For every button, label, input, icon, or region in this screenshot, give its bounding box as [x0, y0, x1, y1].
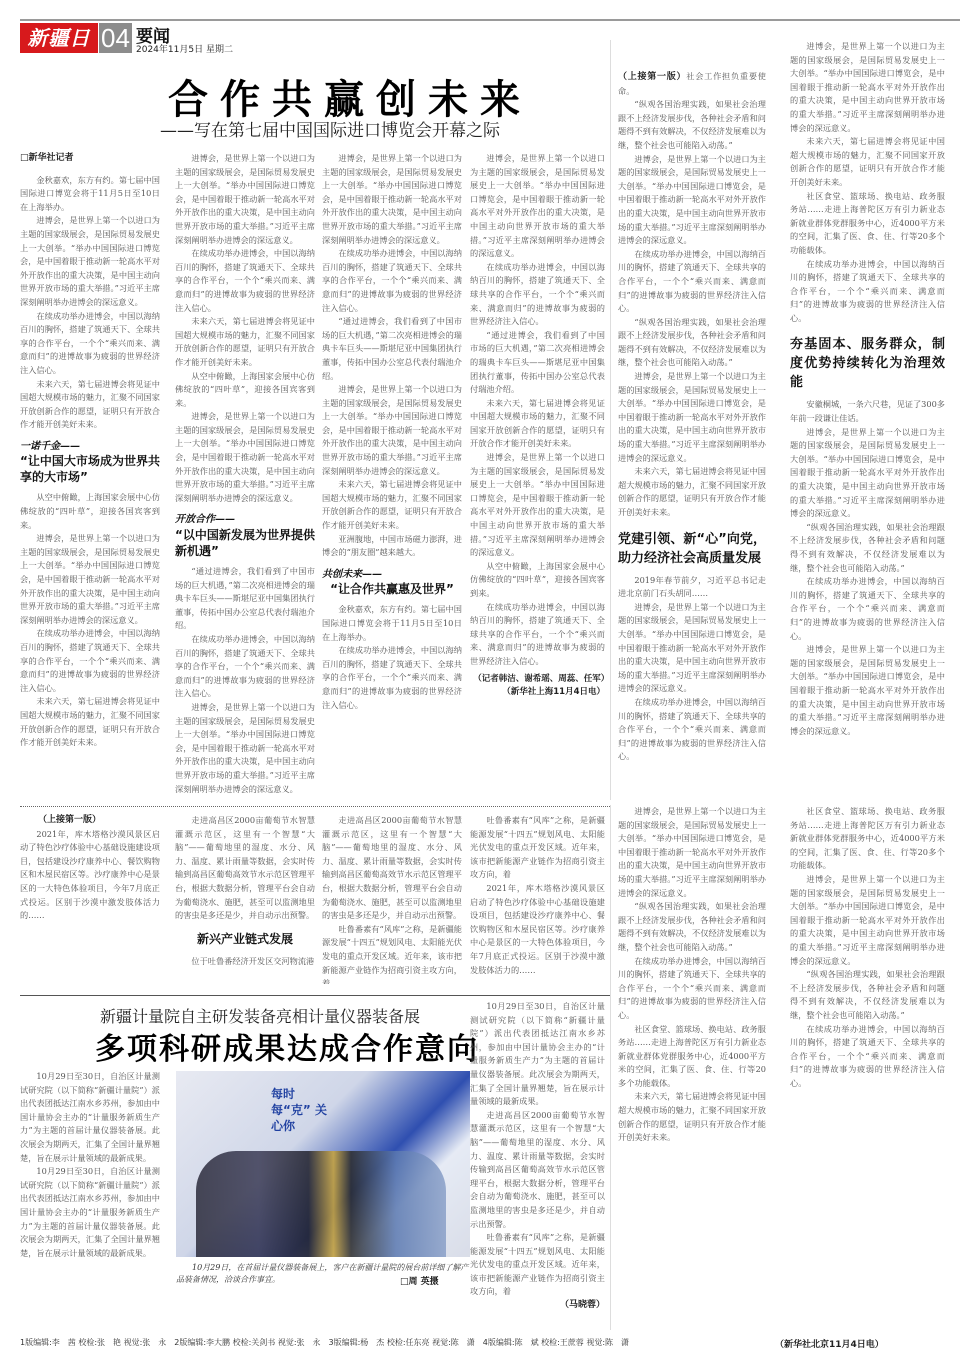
paragraph: 亚洲腹地，中国市场磁力澎湃，进博会的“朋友圈”越来越大。	[322, 533, 462, 560]
paragraph: 进博会，是世界上第一个以进口为主题的国家级展会，是国际贸易发展史上一大创举。“举…	[322, 152, 462, 247]
paragraph: 进博会，是世界上第一个以进口为主题的国家级展会，是国际贸易发展史上一大创举。“举…	[470, 451, 605, 560]
column-divider	[610, 40, 611, 800]
lower-article-col4: 吐鲁番素有“风库”之称，是新疆能源发展“十四五”规划风电、太阳能光伏发电的重点开…	[470, 814, 605, 984]
continued-label: （上接第一版）	[618, 72, 686, 82]
section1-title: “让中国大市场成为世界共享的大市场”	[20, 453, 160, 485]
byline: □新华社记者	[20, 152, 160, 166]
paragraph: “纵观各国治理实践，如果社会治理跟不上经济发展步伐，各种社会矛盾和问题得不到有效…	[618, 900, 766, 954]
right-article-col2-lower: 社区食堂、篮球场、换电站、政务服务站……走进上海普陀区万有引力新业态新就业群体党…	[790, 805, 945, 1330]
paragraph: 从空中俯瞰，上海国家会展中心仿佛绽放的“四叶草”，迎接各国宾客到来。	[175, 370, 315, 411]
main-subheadline: ——写在第七届中国国际进口博览会开幕之际	[160, 116, 500, 141]
paragraph: 从空中俯瞰，上海国家会展中心仿佛绽放的“四叶草”，迎接各国宾客到来。	[20, 491, 160, 532]
paragraph: 进博会，是世界上第一个以进口为主题的国家级展会，是国际贸易发展史上一大创举。“举…	[790, 873, 945, 968]
masthead-top-rule	[20, 19, 960, 21]
paragraph: 未来六天，第七届进博会将见证中国超大规模市场的魅力，汇聚不同国家开放创新合作的愿…	[20, 378, 160, 432]
paragraph: 位于吐鲁番经济开发区交河物流港	[175, 955, 315, 969]
paragraph: 进博会，是世界上第一个以进口为主题的国家级展会，是国际贸易发展史上一大创举。“举…	[790, 40, 945, 135]
paragraph: 在续成功举办进博会，中国以海纳百川的胸怀，搭建了筑通天下、全球共享的合作平台，一…	[618, 955, 766, 1023]
paragraph: 在续成功举办进博会，中国以海纳百川的胸怀，搭建了筑通天下、全球共享的合作平台，一…	[322, 247, 462, 315]
dateline: （记者韩洁、谢希瑶、周蕊、任军）（新华社上海11月4日电）	[470, 673, 605, 699]
main-article-col3: 进博会，是世界上第一个以进口为主题的国家级展会，是国际贸易发展史上一大创举。“举…	[322, 152, 462, 797]
bottom-byline: （马晓蓉）	[470, 1299, 605, 1313]
paragraph: 未来六天，第七届进博会将见证中国超大规模市场的魅力，汇聚不同国家开放创新合作的愿…	[470, 397, 605, 451]
page-number: 04	[99, 23, 132, 53]
lower-article-col3: 走进高昌区2000亩葡萄节水智慧灌溉示范区，这里有一个智慧“大脑”——葡萄地里的…	[322, 814, 462, 984]
bottom-headline: 多项科研成果达成合作意向	[95, 1024, 479, 1068]
paragraph: 2021年，库木塔格沙漠风景区启动了特色沙疗体验中心基础设施建设项目，包括建设沙…	[20, 828, 160, 923]
paragraph: 在续成功举办进博会，中国以海纳百川的胸怀，搭建了筑通天下、全球共享的合作平台，一…	[322, 644, 462, 712]
paragraph: 进博会，是世界上第一个以进口为主题的国家级展会，是国际贸易发展史上一大创举。“举…	[618, 370, 766, 465]
paragraph: 进博会，是世界上第一个以进口为主题的国家级展会，是国际贸易发展史上一大创举。“举…	[790, 643, 945, 738]
paragraph: 10月29日至30日，自治区计量测试研究院（以下简称“新疆计量院”）派出代表团抵…	[470, 1000, 605, 1109]
right-article-col1-lower: 进博会，是世界上第一个以进口为主题的国家级展会，是国际贸易发展史上一大创举。“举…	[618, 805, 766, 1330]
paragraph: “纵观各国治理实践，如果社会治理跟不上经济发展步伐，各种社会矛盾和问题得不到有效…	[618, 98, 766, 152]
column-divider	[610, 805, 611, 1330]
paragraph: 未来六天，第七届进博会将见证中国超大规模市场的魅力，汇聚不同国家开放创新合作的愿…	[175, 315, 315, 369]
main-article-col2: 进博会，是世界上第一个以进口为主题的国家级展会，是国际贸易发展史上一大创举。“举…	[175, 152, 315, 797]
paragraph: 10月29日至30日，自治区计量测试研究院（以下简称“新疆计量院”）派出代表团抵…	[20, 1070, 160, 1165]
paragraph: 进博会，是世界上第一个以进口为主题的国家级展会，是国际贸易发展史上一大创举。“举…	[20, 214, 160, 309]
paragraph: 在续成功举办进博会，中国以海纳百川的胸怀，搭建了筑通天下、全球共享的合作平台，一…	[790, 258, 945, 326]
section2-title: “以中国新发展为世界提供新机遇”	[175, 527, 315, 559]
paragraph: 2021年，库木塔格沙漠风景区启动了特色沙疗体验中心基础设施建设项目，包括建设沙…	[470, 882, 605, 977]
bottom-article-col4: 10月29日至30日，自治区计量测试研究院（以下简称“新疆计量院”）派出代表团抵…	[470, 1000, 605, 1330]
paragraph: “通过进博会，我们看到了中国市场的巨大机遇，”第二次亮相进博会的瑞典卡车巨头——…	[322, 315, 462, 383]
paragraph: 社区食堂、篮球场、换电站、政务服务站……走进上海普陀区万有引力新业态新就业群体党…	[618, 1023, 766, 1091]
bottom-article-col1: 10月29日至30日，自治区计量测试研究院（以下简称“新疆计量院”）派出代表团抵…	[20, 1070, 160, 1330]
footer-dateline: （新华社北京11月4日电）	[775, 1337, 884, 1350]
photo-credit: □周 英摄	[400, 1274, 439, 1287]
right-subtitle2: 夯基固本、服务群众，制度优势持续转化为治理效能	[790, 335, 945, 392]
paragraph: （上接第一版）社会工作担负重要使命。	[618, 70, 766, 98]
section-divider	[20, 806, 610, 807]
section1-heading: 一诺千金—— “让中国大市场成为世界共享的大市场”	[20, 440, 160, 486]
bottom-section-rule	[20, 995, 610, 996]
paragraph: 未来六天，第七届进博会将见证中国超大规模市场的魅力，汇聚不同国家开放创新合作的愿…	[790, 135, 945, 189]
paragraph: 在续成功举办进博会，中国以海纳百川的胸怀，搭建了筑通天下、全球共享的合作平台，一…	[470, 601, 605, 669]
paragraph: 进博会，是世界上第一个以进口为主题的国家级展会，是国际贸易发展史上一大创举。“举…	[618, 601, 766, 696]
photo-people	[196, 1151, 446, 1257]
paragraph: 进博会，是世界上第一个以进口为主题的国家级展会，是国际贸易发展史上一大创举。“举…	[175, 152, 315, 247]
paragraph: 金秋嘉欢，东方有约。第七届中国国际进口博览会将于11月5日至10日在上海举办。	[20, 174, 160, 215]
paragraph: 走进高昌区2000亩葡萄节水智慧灌溉示范区，这里有一个智慧“大脑”——葡萄地里的…	[470, 1109, 605, 1231]
paragraph: 在续成功举办进博会，中国以海纳百川的胸怀，搭建了筑通天下、全球共享的合作平台，一…	[175, 247, 315, 315]
paragraph: 从空中俯瞰，上海国家会展中心仿佛绽放的“四叶草”，迎接各国宾客到来。	[470, 560, 605, 601]
paragraph: 进博会，是世界上第一个以进口为主题的国家级展会，是国际贸易发展史上一大创举。“举…	[790, 426, 945, 521]
paragraph: 在续成功举办进博会，中国以海纳百川的胸怀，搭建了筑通天下、全球共享的合作平台，一…	[790, 575, 945, 643]
right-article-col2: 进博会，是世界上第一个以进口为主题的国家级展会，是国际贸易发展史上一大创举。“举…	[790, 40, 945, 800]
paragraph: 社区食堂、篮球场、换电站、政务服务站……走进上海普陀区万有引力新业态新就业群体党…	[790, 190, 945, 258]
paragraph: 在续成功举办进博会，中国以海纳百川的胸怀，搭建了筑通天下、全球共享的合作平台，一…	[175, 633, 315, 701]
paragraph: “纵观各国治理实践，如果社会治理跟不上经济发展步伐，各种社会矛盾和问题得不到有效…	[618, 316, 766, 370]
paragraph: 未来六天，第七届进博会将见证中国超大规模市场的魅力，汇聚不同国家开放创新合作的愿…	[322, 478, 462, 532]
issue-date: 2024年11月5日 星期二	[136, 42, 233, 55]
lower-article-col2: 走进高昌区2000亩葡萄节水智慧灌溉示范区，这里有一个智慧“大脑”——葡萄地里的…	[175, 814, 315, 984]
paragraph: 安徽桐城，一条六尺巷，见证了300多年前一段谦让佳话。	[790, 398, 945, 425]
paragraph: 进博会，是世界上第一个以进口为主题的国家级展会，是国际贸易发展史上一大创举。“举…	[470, 152, 605, 261]
paragraph: 进博会，是世界上第一个以进口为主题的国家级展会，是国际贸易发展史上一大创举。“举…	[322, 383, 462, 478]
lower-article-col1: （上接第一版） 2021年，库木塔格沙漠风景区启动了特色沙疗体验中心基础设施建设…	[20, 814, 160, 984]
newspaper-logo: 新疆日报	[20, 23, 98, 53]
paragraph: 吐鲁番素有“风库”之称，是新疆能源发展“十四五”规划风电、太阳能光伏发电的重点开…	[322, 923, 462, 984]
right-article-col1: （上接第一版）社会工作担负重要使命。 “纵观各国治理实践，如果社会治理跟不上经济…	[618, 70, 766, 800]
paragraph: 进博会，是世界上第一个以进口为主题的国家级展会，是国际贸易发展史上一大创举。“举…	[618, 153, 766, 248]
section2-heading: 开放合作—— “以中国新发展为世界提供新机遇”	[175, 513, 315, 559]
paragraph: 吐鲁番素有“风库”之称，是新疆能源发展“十四五”规划风电、太阳能光伏发电的重点开…	[470, 814, 605, 882]
paragraph: 在续成功举办进博会，中国以海纳百川的胸怀，搭建了筑通天下、全球共享的合作平台，一…	[20, 627, 160, 695]
paragraph: 进博会，是世界上第一个以进口为主题的国家级展会，是国际贸易发展史上一大创举。“举…	[175, 410, 315, 505]
right-subtitle1: 党建引领、新“心”向党，助力经济社会高质量发展	[618, 530, 766, 568]
section1-kicker: 一诺千金——	[20, 440, 160, 454]
paragraph: 未来六天，第七届进博会将见证中国超大规模市场的魅力，汇聚不同国家开放创新合作的愿…	[618, 1090, 766, 1144]
paragraph: “纵观各国治理实践，如果社会治理跟不上经济发展步伐，各种社会矛盾和问题得不到有效…	[790, 521, 945, 575]
paragraph: 金秋嘉欢，东方有约。第七届中国国际进口博览会将于11月5日至10日在上海举办。	[322, 603, 462, 644]
paragraph: 10月29日至30日，自治区计量测试研究院（以下简称“新疆计量院”）派出代表团抵…	[20, 1165, 160, 1260]
paragraph: 未来六天，第七届进博会将见证中国超大规模市场的魅力，汇聚不同国家开放创新合作的愿…	[20, 695, 160, 749]
main-article-col4: 进博会，是世界上第一个以进口为主题的国家级展会，是国际贸易发展史上一大创举。“举…	[470, 152, 605, 797]
paragraph: 社区食堂、篮球场、换电站、政务服务站……走进上海普陀区万有引力新业态新就业群体党…	[790, 805, 945, 873]
paragraph: 进博会，是世界上第一个以进口为主题的国家级展会，是国际贸易发展史上一大创举。“举…	[20, 532, 160, 627]
lower-subtitle: 新兴产业链式发展	[175, 929, 315, 949]
exhibition-photo: 每时每“克” 关心你	[176, 1071, 470, 1257]
paragraph: 吐鲁番素有“风库”之称，是新疆能源发展“十四五”规划风电、太阳能光伏发电的重点开…	[470, 1231, 605, 1299]
paragraph: 进博会，是世界上第一个以进口为主题的国家级展会，是国际贸易发展史上一大创举。“举…	[175, 701, 315, 796]
paragraph: 2019年春节前夕，习近平总书记走进北京前门石头胡同……	[618, 574, 766, 601]
booth-slogan: 每时每“克” 关心你	[271, 1086, 331, 1134]
section2-kicker: 开放合作——	[175, 513, 315, 527]
section3-heading: 共创未来—— “让合作共赢惠及世界”	[322, 568, 462, 598]
paragraph: “通过进博会，我们看到了中国市场的巨大机遇，”第二次亮相进博会的瑞典卡车巨头——…	[175, 565, 315, 633]
paragraph: 进博会，是世界上第一个以进口为主题的国家级展会，是国际贸易发展史上一大创举。“举…	[618, 805, 766, 900]
section3-title: “让合作共赢惠及世界”	[322, 581, 462, 597]
paragraph: 走进高昌区2000亩葡萄节水智慧灌溉示范区，这里有一个智慧“大脑”——葡萄地里的…	[322, 814, 462, 923]
paragraph: “通过进博会，我们看到了中国市场的巨大机遇，”第二次亮相进博会的瑞典卡车巨头——…	[470, 329, 605, 397]
paragraph: 在续成功举办进博会，中国以海纳百川的胸怀，搭建了筑通天下、全球共享的合作平台，一…	[20, 310, 160, 378]
paragraph: 在续成功举办进博会，中国以海纳百川的胸怀，搭建了筑通天下、全球共享的合作平台，一…	[618, 248, 766, 316]
continued-label: （上接第一版）	[20, 814, 160, 828]
paragraph: 在续成功举办进博会，中国以海纳百川的胸怀，搭建了筑通天下、全球共享的合作平台，一…	[618, 696, 766, 764]
paragraph: 在续成功举办进博会，中国以海纳百川的胸怀，搭建了筑通天下、全球共享的合作平台，一…	[470, 261, 605, 329]
paragraph: 走进高昌区2000亩葡萄节水智慧灌溉示范区，这里有一个智慧“大脑”——葡萄地里的…	[175, 814, 315, 923]
paragraph: 未来六天，第七届进博会将见证中国超大规模市场的魅力，汇聚不同国家开放创新合作的愿…	[618, 465, 766, 519]
main-article-col1: □新华社记者 金秋嘉欢，东方有约。第七届中国国际进口博览会将于11月5日至10日…	[20, 152, 160, 797]
section3-kicker: 共创未来——	[322, 568, 462, 582]
paragraph: “纵观各国治理实践，如果社会治理跟不上经济发展步伐，各种社会矛盾和问题得不到有效…	[790, 968, 945, 1022]
paragraph: 在续成功举办进博会，中国以海纳百川的胸怀，搭建了筑通天下、全球共享的合作平台，一…	[790, 1023, 945, 1091]
